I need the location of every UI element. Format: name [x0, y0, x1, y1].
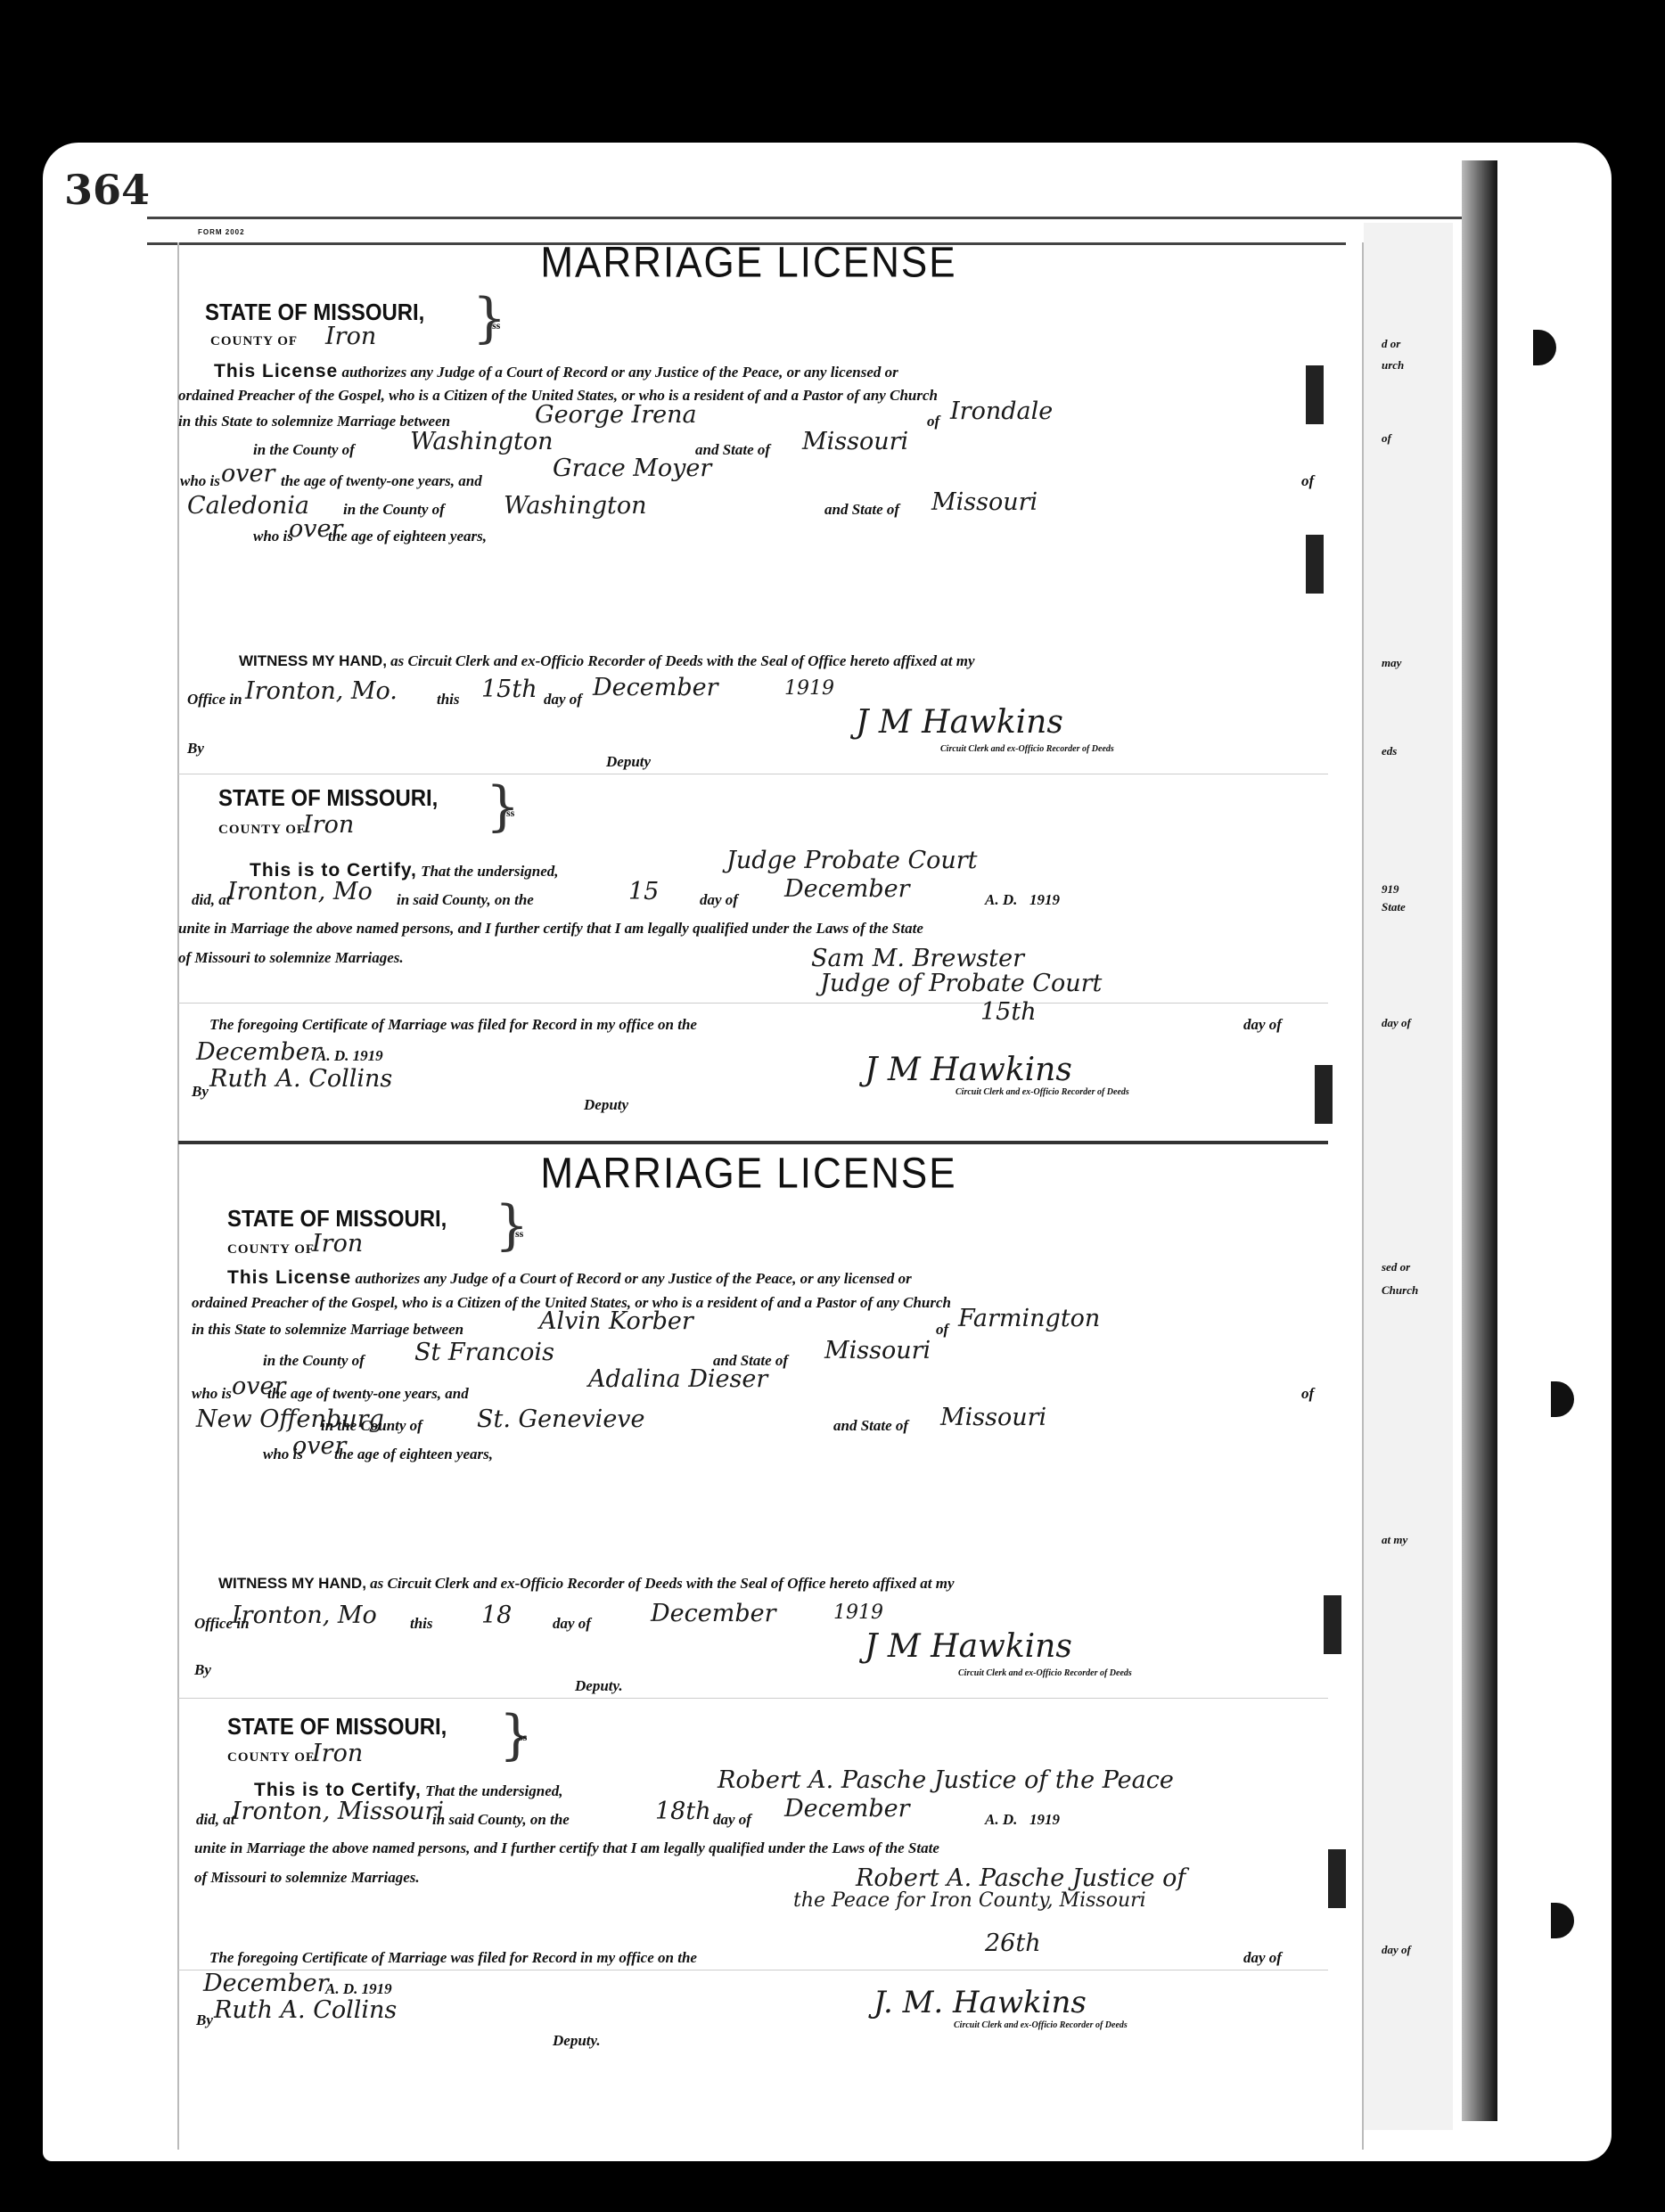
groom-name: Alvin Korber	[539, 1307, 693, 1335]
county-label: COUNTY OF	[227, 1242, 315, 1258]
clerk-signature: J M Hawkins	[856, 704, 1063, 741]
filed-year: A. D. 1919	[325, 1980, 392, 1998]
day-of-label: day of	[544, 691, 582, 709]
margin-fragment: of	[1382, 431, 1391, 446]
section-divider	[178, 1003, 1328, 1004]
groom-residence: Farmington	[958, 1305, 1100, 1332]
witness-text: as Circuit Clerk and ex-Officio Recorder…	[370, 1575, 954, 1592]
cert-line-2: unite in Marriage the above named person…	[178, 920, 1319, 938]
officiant-signature: Robert A. Pasche Justice of	[856, 1864, 1185, 1892]
filed-clerk-signature: J. M. Hawkins	[874, 1985, 1087, 2020]
groom-age-text: the age of twenty-one years, and	[281, 472, 482, 490]
index-tab	[1306, 535, 1324, 594]
officiant-signature-title: the Peace for Iron County, Missouri	[793, 1889, 1146, 1912]
top-rule	[147, 217, 1493, 219]
margin-fragment: State	[1382, 900, 1406, 914]
bride-county: Washington	[504, 492, 647, 520]
filed-text: The foregoing Certificate of Marriage wa…	[209, 1016, 697, 1034]
binding-shadow	[1462, 160, 1497, 2121]
in-county-label: in the County of	[343, 501, 445, 519]
witness-lead: WITNESS MY HAND,	[218, 1575, 366, 1592]
officiant-title: Robert A. Pasche Justice of the Peace	[718, 1766, 1174, 1794]
license-text-line-3: in this State to solemnize Marriage betw…	[178, 413, 1319, 430]
by-label: By	[196, 2011, 213, 2029]
margin-fragment: may	[1382, 656, 1401, 670]
filed-text: The foregoing Certificate of Marriage wa…	[209, 1949, 697, 1967]
ceremony-day: 15	[628, 878, 659, 905]
margin-fragment: sed or	[1382, 1260, 1410, 1274]
deputy-signature: Ruth A. Collins	[209, 1065, 392, 1093]
license-title: MARRIAGE LICENSE	[178, 239, 1319, 288]
ss-label: ss	[519, 1731, 527, 1744]
clerk-title: Circuit Clerk and ex-Officio Recorder of…	[954, 2020, 1128, 2030]
county-label: COUNTY OF	[218, 823, 306, 838]
by-label: By	[187, 740, 204, 758]
state-heading: STATE OF MISSOURI,	[205, 299, 424, 326]
office-label: Office in	[187, 691, 242, 709]
section-divider	[178, 1698, 1328, 1699]
this-label: this	[410, 1615, 433, 1633]
ceremony-month: December	[784, 1795, 910, 1823]
who-is-label: who is	[180, 472, 220, 490]
by-label: By	[194, 1661, 211, 1679]
witness-lead: WITNESS MY HAND,	[239, 652, 387, 669]
this-label: this	[437, 691, 460, 709]
license-year: 1919	[833, 1602, 883, 1624]
in-county-label: in the County of	[253, 441, 355, 459]
page-number: 364	[64, 166, 150, 214]
groom-state: Missouri	[802, 428, 908, 455]
index-tab	[1324, 1595, 1341, 1654]
groom-name: George Irena	[535, 401, 697, 429]
license-text: authorizes any Judge of a Court of Recor…	[355, 1270, 911, 1287]
bride-name: Adalina Dieser	[588, 1365, 767, 1393]
ad-label: A. D.	[985, 891, 1017, 909]
bride-age-text: the age of eighteen years,	[334, 1446, 493, 1463]
ceremony-day: 18th	[655, 1798, 711, 1825]
officiant-signature: Sam M. Brewster	[811, 945, 1024, 972]
cert-county: Iron	[303, 811, 354, 839]
groom-age-text: the age of twenty-one years, and	[267, 1385, 469, 1403]
groom-county: St Francois	[414, 1339, 554, 1366]
brace: }	[472, 287, 506, 349]
day-of-label: day of	[553, 1615, 591, 1633]
who-is-label: who is	[192, 1385, 232, 1403]
form-number: FORM 2002	[198, 228, 245, 236]
cert-line-2: unite in Marriage the above named person…	[194, 1839, 1335, 1857]
county-label: COUNTY OF	[210, 334, 298, 349]
facing-page-strip	[1364, 223, 1453, 2130]
ad-label: A. D.	[985, 1811, 1017, 1829]
ss-label: ss	[515, 1227, 523, 1241]
witness-line: WITNESS MY HAND, as Circuit Clerk and ex…	[178, 652, 1319, 670]
license-lead: This License	[214, 361, 338, 381]
cert-text: That the undersigned,	[421, 863, 558, 880]
license-text-line-2: ordained Preacher of the Gospel, who is …	[192, 1294, 1333, 1312]
ceremony-month: December	[784, 875, 910, 903]
license-year: 1919	[784, 677, 834, 700]
groom-residence: Irondale	[950, 397, 1053, 425]
license-text: authorizes any Judge of a Court of Recor…	[341, 364, 898, 381]
deputy-label: Deputy.	[575, 1677, 623, 1695]
who-is-label: who is	[253, 528, 293, 545]
license-text-line-1: This License authorizes any Judge of a C…	[178, 361, 1319, 382]
license-day: 15th	[481, 676, 537, 703]
filed-month: December	[203, 1970, 329, 1997]
witness-line: WITNESS MY HAND, as Circuit Clerk and ex…	[178, 1575, 1319, 1593]
margin-fragment: 919	[1382, 882, 1399, 897]
brace: }	[499, 1704, 533, 1766]
bride-state: Missouri	[940, 1404, 1046, 1431]
margin-fragment: Church	[1382, 1283, 1418, 1298]
filed-day-of: day of	[1243, 1949, 1282, 1967]
license-text-line-1: This License authorizes any Judge of a C…	[178, 1267, 1319, 1289]
cert-text: That the undersigned,	[425, 1782, 562, 1799]
office-place: Ironton, Mo.	[245, 677, 398, 705]
license-month: December	[651, 1600, 776, 1627]
ss-label: ss	[492, 319, 500, 332]
clerk-signature: J M Hawkins	[865, 1628, 1072, 1665]
cert-state-heading: STATE OF MISSOURI,	[218, 784, 438, 812]
county-label: COUNTY OF	[227, 1750, 315, 1766]
license-text-line-3: in this State to solemnize Marriage betw…	[192, 1321, 1333, 1339]
section-divider	[178, 774, 1328, 774]
office-place: Ironton, Mo	[232, 1602, 377, 1629]
filed-day: 15th	[980, 998, 1037, 1026]
bride-name: Grace Moyer	[553, 455, 711, 482]
in-said-county: in said County, on the	[432, 1811, 570, 1829]
section-divider	[178, 1970, 1328, 1970]
deputy-signature: Ruth A. Collins	[214, 1996, 397, 2024]
deputy-label: Deputy	[606, 753, 651, 771]
filed-month: December	[196, 1038, 322, 1066]
clerk-title: Circuit Clerk and ex-Officio Recorder of…	[940, 744, 1114, 754]
index-tab	[1315, 1065, 1333, 1124]
license-day: 18	[481, 1602, 512, 1629]
margin-fragment: d or	[1382, 337, 1400, 351]
bride-state: Missouri	[931, 488, 1038, 516]
by-label: By	[192, 1083, 209, 1101]
and-state-label: and State of	[833, 1417, 908, 1435]
ceremony-place: Ironton, Missouri	[232, 1798, 444, 1825]
license-month: December	[593, 674, 718, 701]
license-lead: This License	[227, 1267, 351, 1288]
groom-state: Missouri	[824, 1337, 931, 1364]
witness-text: as Circuit Clerk and ex-Officio Recorder…	[390, 652, 974, 669]
filed-day: 26th	[985, 1929, 1041, 1957]
margin-fragment: day of	[1382, 1016, 1411, 1030]
ceremony-year: 1919	[1029, 891, 1060, 909]
ceremony-place: Ironton, Mo	[227, 878, 373, 905]
state-heading: STATE OF MISSOURI,	[227, 1205, 447, 1233]
of-label: of	[936, 1321, 948, 1339]
license-title: MARRIAGE LICENSE	[178, 1150, 1319, 1199]
brace: }	[486, 775, 520, 838]
record-separator	[178, 1141, 1328, 1144]
in-said-county: in said County, on the	[397, 891, 534, 909]
cert-county: Iron	[312, 1740, 363, 1767]
county-value: Iron	[312, 1230, 363, 1258]
groom-county: Washington	[410, 428, 554, 455]
day-of-label: day of	[713, 1811, 751, 1829]
cert-state-heading: STATE OF MISSOURI,	[227, 1713, 447, 1741]
bride-county: St. Genevieve	[477, 1405, 645, 1433]
filed-year: A. D. 1919	[316, 1047, 383, 1065]
officiant-title: Judge Probate Court	[726, 847, 978, 874]
margin-fragment: day of	[1382, 1943, 1411, 1957]
ceremony-year: 1919	[1029, 1811, 1060, 1829]
license-text-line-2: ordained Preacher of the Gospel, who is …	[178, 387, 1319, 405]
bride-age-text: the age of eighteen years,	[328, 528, 487, 545]
groom-age: over	[221, 460, 275, 487]
officiant-signature-title: Judge of Probate Court	[820, 970, 1102, 997]
did-at-label: did, at	[196, 1811, 234, 1829]
clerk-title: Circuit Clerk and ex-Officio Recorder of…	[956, 1087, 1129, 1097]
deputy-label: Deputy	[584, 1096, 628, 1114]
filed-clerk-signature: J M Hawkins	[865, 1052, 1072, 1088]
margin-fragment: eds	[1382, 744, 1397, 758]
filed-day-of: day of	[1243, 1016, 1282, 1034]
and-state-label: and State of	[824, 501, 899, 519]
deputy-label: Deputy.	[553, 2032, 601, 2050]
margin-fragment: at my	[1382, 1533, 1407, 1547]
did-at-label: did, at	[192, 891, 230, 909]
of-label: of	[1301, 472, 1314, 490]
in-county-label: in the County of	[263, 1352, 365, 1370]
ss-label: ss	[506, 807, 514, 820]
of-label: of	[927, 413, 939, 430]
margin-fragment: urch	[1382, 358, 1404, 373]
of-label: of	[1301, 1385, 1314, 1403]
brace: }	[495, 1194, 529, 1257]
cert-line-3: of Missouri to solemnize Marriages.	[178, 949, 1319, 967]
clerk-title: Circuit Clerk and ex-Officio Recorder of…	[958, 1668, 1132, 1678]
county-value: Iron	[325, 323, 376, 350]
day-of-label: day of	[700, 891, 738, 909]
